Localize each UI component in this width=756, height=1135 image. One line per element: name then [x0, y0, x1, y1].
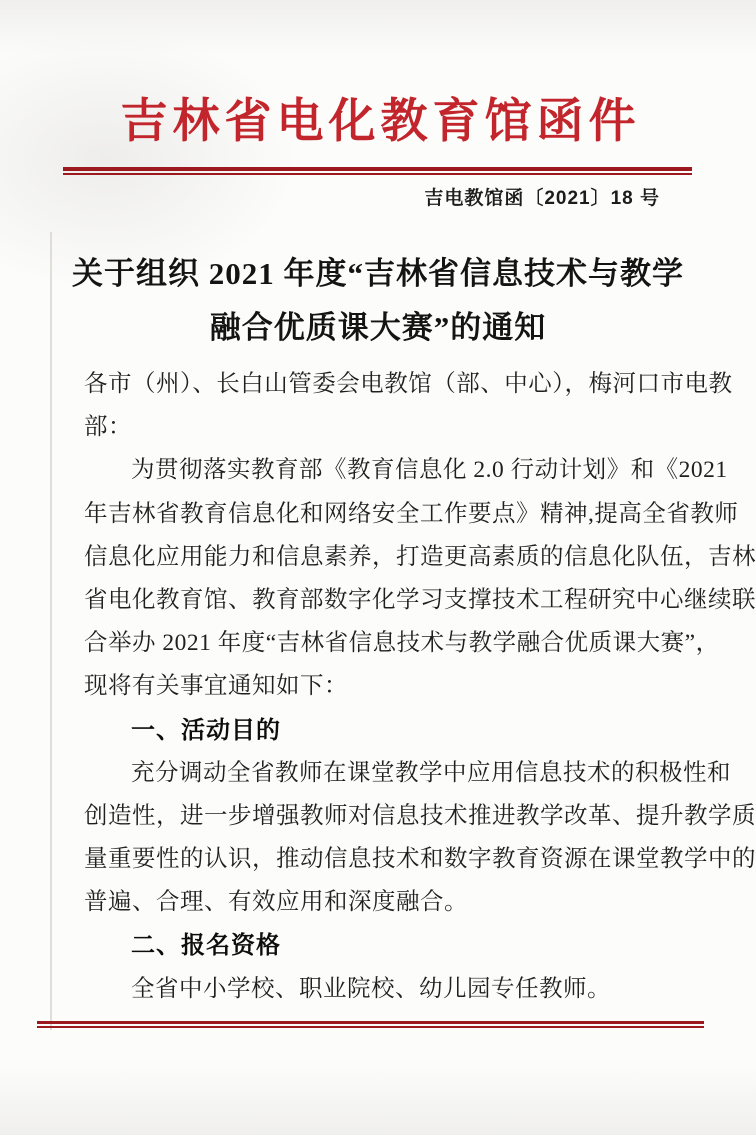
notice-title-line-1: 关于组织 2021 年度“吉林省信息技术与教学: [0, 247, 756, 301]
section-1-heading: 一、活动目的: [84, 709, 734, 752]
document-number: 吉电教馆函〔2021〕18 号: [0, 183, 660, 210]
section-1-line: 普遍、合理、有效应用和深度融合。: [84, 881, 734, 924]
salutation-line: 部：: [84, 406, 734, 449]
section-1-line: 量重要性的认识，推动信息技术和数字教育资源在课堂教学中的: [84, 838, 734, 881]
intro-paragraph-line: 信息化应用能力和信息素养，打造更高素质的信息化队伍，吉林: [84, 536, 734, 579]
section-1-line: 充分调动全省教师在课堂教学中应用信息技术的积极性和: [84, 752, 734, 795]
section-2-line: 全省中小学校、职业院校、幼儿园专任教师。: [84, 968, 734, 1011]
scan-fold-line: [50, 232, 52, 1030]
scanned-official-letter: 吉林省电化教育馆函件 吉电教馆函〔2021〕18 号 关于组织 2021 年度“…: [0, 0, 756, 1135]
footer-rule: [37, 1021, 704, 1028]
intro-paragraph-line: 年吉林省教育信息化和网络安全工作要点》精神,提高全省教师: [84, 493, 734, 536]
section-2-heading: 二、报名资格: [84, 924, 734, 967]
letterhead-rule: [63, 167, 692, 175]
intro-paragraph-line: 合举办 2021 年度“吉林省信息技术与教学融合优质课大赛”，: [84, 622, 734, 665]
notice-title-line-2: 融合优质课大赛”的通知: [0, 301, 756, 355]
notice-title: 关于组织 2021 年度“吉林省信息技术与教学 融合优质课大赛”的通知: [0, 247, 756, 355]
intro-paragraph-line: 为贯彻落实教育部《教育信息化 2.0 行动计划》和《2021: [84, 449, 734, 492]
intro-paragraph-line: 现将有关事宜通知如下：: [84, 665, 734, 708]
letterhead-org-title: 吉林省电化教育馆函件: [0, 84, 756, 160]
intro-paragraph-line: 省电化教育馆、教育部数字化学习支撑技术工程研究中心继续联: [84, 579, 734, 622]
letter-body: 各市（州）、长白山管委会电教馆（部、中心），梅河口市电教 部： 为贯彻落实教育部…: [84, 363, 734, 1011]
salutation-line: 各市（州）、长白山管委会电教馆（部、中心），梅河口市电教: [84, 363, 734, 406]
section-1-line: 创造性，进一步增强教师对信息技术推进教学改革、提升教学质: [84, 795, 734, 838]
